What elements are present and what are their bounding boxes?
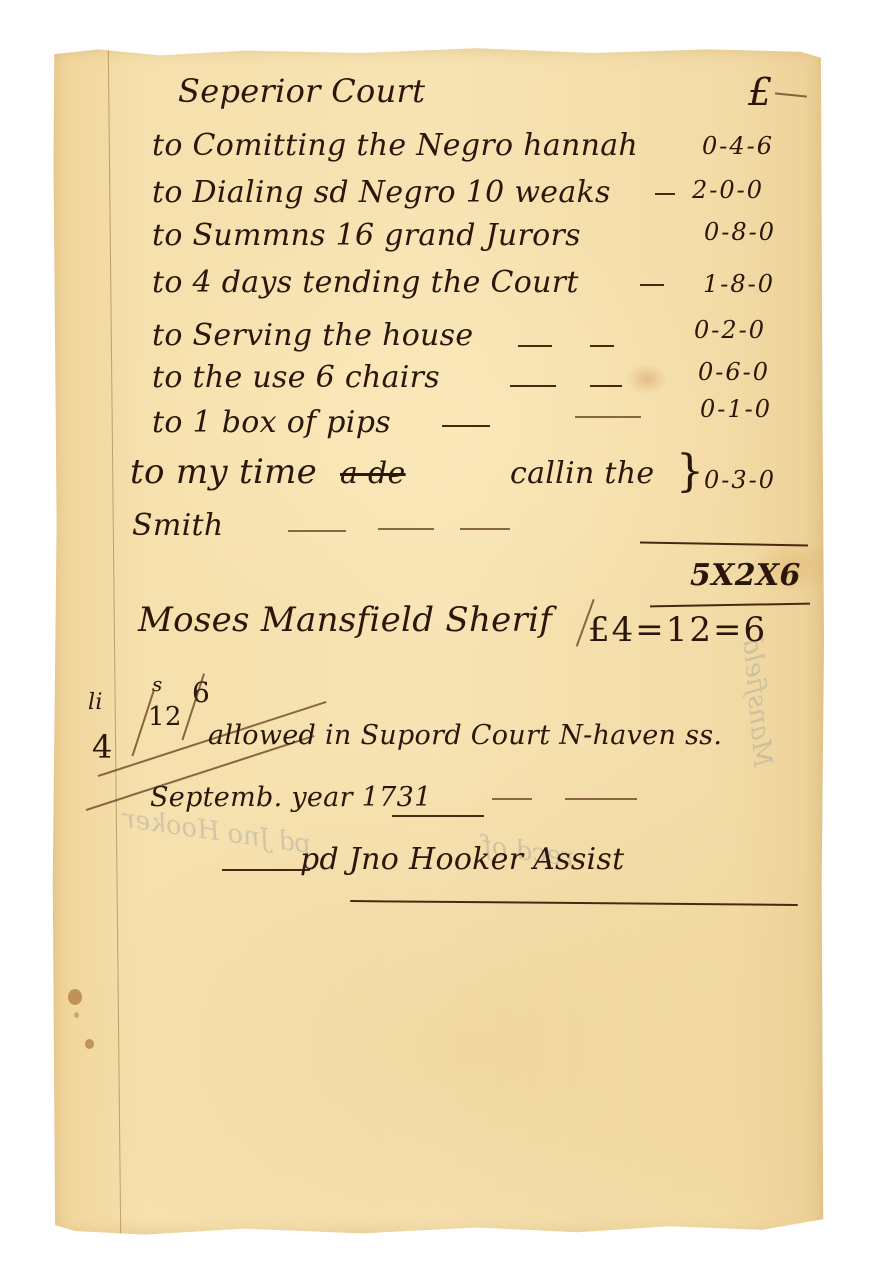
leader-dash bbox=[492, 798, 532, 800]
line-item-amount: 0-2-0 bbox=[694, 316, 766, 344]
leader-dash bbox=[590, 345, 614, 347]
line-item-description: to 4 days tending the Court bbox=[152, 265, 579, 300]
line-item-description: to the use 6 chairs bbox=[152, 360, 440, 395]
line-item-description: to Dialing sd Negro 10 weaks bbox=[152, 175, 611, 210]
allowance-header-pounds: li bbox=[88, 690, 103, 715]
leader-dash bbox=[288, 530, 346, 532]
allowance-text: allowed in Supord Court N-haven ss. bbox=[208, 720, 722, 751]
bleed-through-text: Mansfield bbox=[736, 636, 777, 768]
line-item-amount: 0-4-6 bbox=[702, 132, 774, 160]
line-item-amount: 1-8-0 bbox=[703, 270, 775, 298]
leader-dash bbox=[575, 416, 641, 418]
total-amount: £4=12=6 bbox=[588, 610, 767, 650]
line-item-description: to my time bbox=[130, 452, 317, 492]
allowance-value-pounds: 4 bbox=[92, 728, 113, 766]
allowance-value-shillings: 12 bbox=[148, 702, 182, 732]
line-item-description: to Comitting the Negro hannah bbox=[152, 128, 638, 163]
line-item-amount: 2-0-0 bbox=[692, 176, 764, 204]
line-item-description: to Summns 16 grand Jurors bbox=[152, 218, 581, 253]
line-item-amount: 0-8-0 bbox=[704, 218, 776, 246]
clerk-signature: pd Jno Hooker Assist bbox=[300, 842, 625, 877]
line-item-description: to 1 box of pips bbox=[152, 405, 391, 440]
leader-dash bbox=[378, 528, 434, 530]
line-item-amount: 0-6-0 bbox=[698, 358, 770, 386]
ink-stain bbox=[85, 1039, 94, 1049]
leader-dash bbox=[510, 385, 556, 387]
document-heading: Seperior Court bbox=[178, 72, 425, 110]
line-item-description: Smith bbox=[132, 508, 223, 543]
leader-dash bbox=[460, 528, 510, 530]
line-item-amount: 0-1-0 bbox=[700, 395, 772, 423]
leader-dash bbox=[442, 425, 490, 427]
line-item-amount: 0-3-0 bbox=[704, 466, 776, 494]
pound-column-heading: £ bbox=[748, 70, 772, 114]
ink-stain bbox=[68, 989, 82, 1005]
struck-out-text: a de bbox=[340, 456, 406, 491]
crossed-subtotal: 5X2X6 bbox=[690, 558, 801, 593]
line-item-description-continued: callin the bbox=[510, 456, 654, 491]
leader-dash bbox=[590, 385, 622, 387]
leader-dash bbox=[655, 193, 675, 195]
year-underline bbox=[392, 815, 484, 817]
brace-mark: } bbox=[676, 446, 704, 497]
sheriff-signature: Moses Mansfield Sherif bbox=[138, 600, 552, 640]
signature-lead-line bbox=[222, 869, 310, 871]
margin-rule bbox=[108, 47, 121, 1237]
line-item-description: to Serving the house bbox=[152, 318, 473, 353]
leader-dash bbox=[640, 284, 664, 286]
ink-stain bbox=[74, 1012, 79, 1018]
leader-dash bbox=[565, 798, 637, 800]
date-line: Septemb. year 1731 bbox=[150, 782, 432, 813]
leader-dash bbox=[518, 345, 552, 347]
